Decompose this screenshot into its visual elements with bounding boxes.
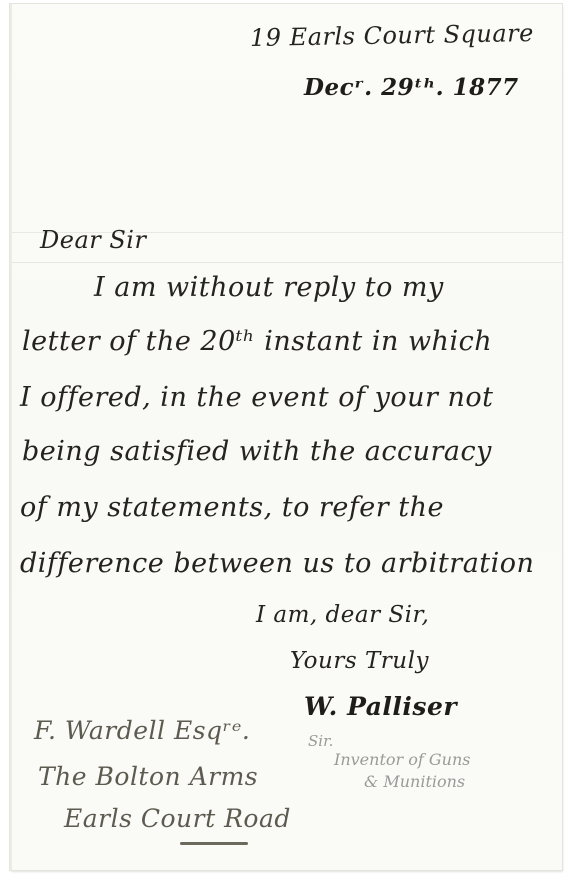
body-line-1: I am without reply to my xyxy=(94,272,444,303)
closing-line: I am, dear Sir, xyxy=(256,602,429,628)
letter-paper: 19 Earls Court Square Decʳ. 29ᵗʰ. 1877 D… xyxy=(10,4,562,870)
pencil-note-line-1: Inventor of Guns xyxy=(334,750,470,769)
body-line-6: difference between us to arbitration xyxy=(20,548,534,579)
recipient-address-line-2: Earls Court Road xyxy=(64,804,291,833)
flourish-underline xyxy=(180,842,248,845)
body-line-3: I offered, in the event of your not xyxy=(20,382,493,413)
salutation: Dear Sir xyxy=(40,226,146,254)
recipient-address-line-1: The Bolton Arms xyxy=(38,762,258,791)
page: 19 Earls Court Square Decʳ. 29ᵗʰ. 1877 D… xyxy=(0,0,576,888)
pencil-note-title: Sir. xyxy=(308,732,333,750)
body-line-2: letter of the 20ᵗʰ instant in which xyxy=(22,326,492,357)
signature: W. Palliser xyxy=(304,692,457,721)
recipient-name: F. Wardell Esqʳᵉ. xyxy=(34,716,250,745)
closing-yours-truly: Yours Truly xyxy=(290,648,429,674)
body-line-4: being satisfied with the accuracy xyxy=(22,436,492,467)
body-line-5: of my statements, to refer the xyxy=(20,492,444,523)
letter-date: Decʳ. 29ᵗʰ. 1877 xyxy=(304,74,519,101)
pencil-note-line-2: & Munitions xyxy=(364,772,465,791)
paper-fold-line xyxy=(12,262,562,263)
sender-address: 19 Earls Court Square xyxy=(250,19,534,52)
